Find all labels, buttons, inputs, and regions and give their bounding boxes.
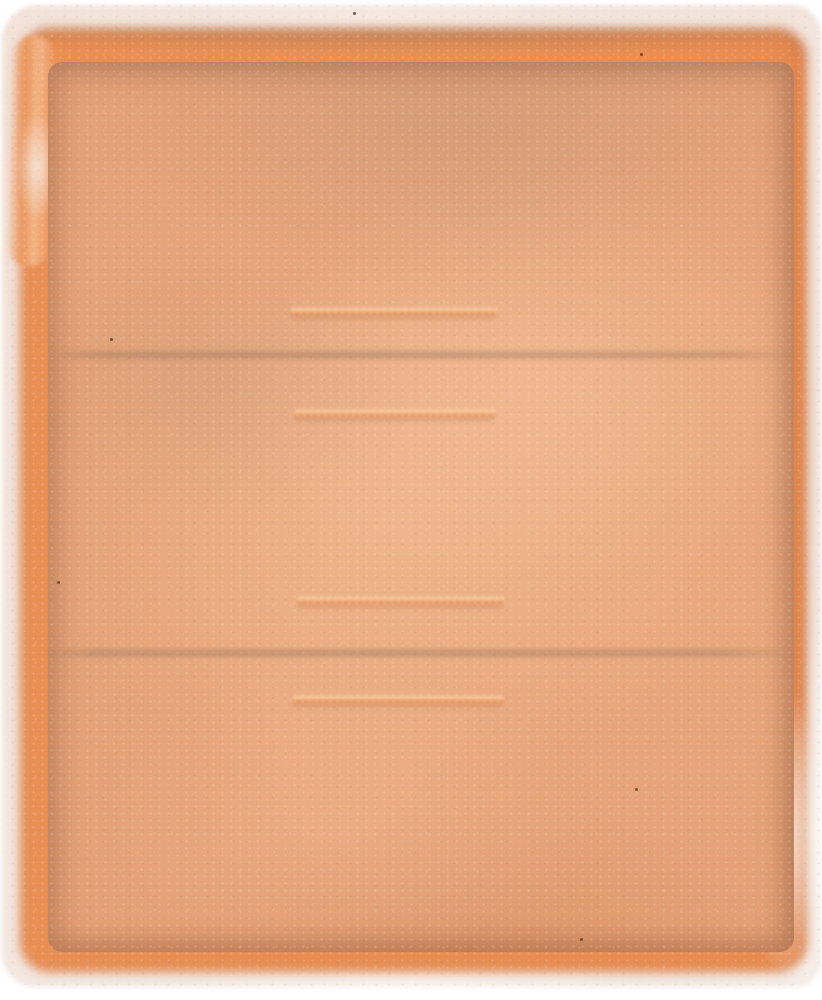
debris-speck <box>57 581 60 584</box>
scrim-line <box>40 649 802 657</box>
debris-speck <box>635 788 638 791</box>
seam-ridge <box>292 694 504 705</box>
product-photo: Orange tacky polyester air filter pad wi… <box>0 0 822 1000</box>
seam-ridge <box>297 595 505 606</box>
seam-ridge <box>290 306 498 317</box>
pad-surface-details <box>0 0 822 1000</box>
debris-speck <box>353 12 356 15</box>
debris-speck <box>640 53 643 56</box>
scrim-line <box>42 351 800 359</box>
debris-speck <box>110 338 113 341</box>
seam-ridge <box>294 408 496 419</box>
debris-speck <box>580 938 583 941</box>
